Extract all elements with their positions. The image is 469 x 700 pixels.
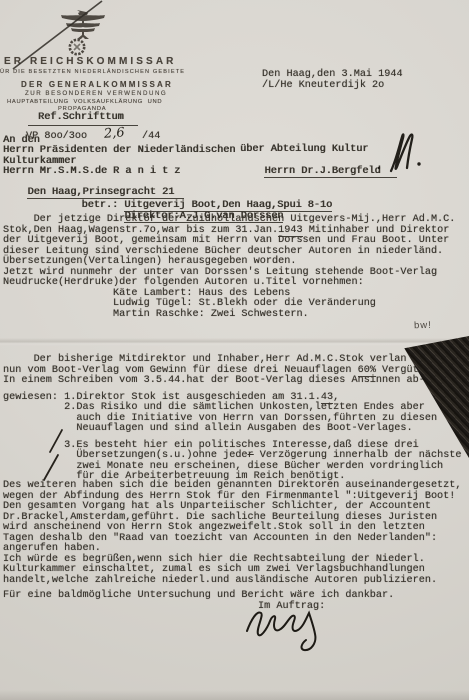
closing-request: Für eine baldmögliche Untersuchung und B… — [3, 591, 394, 602]
date-line: Den Haag,den 3.Mai 1944 — [262, 70, 403, 81]
recipient-block: An den Herrn Präsidenten der Niederländi… — [3, 136, 235, 177]
letterhead-hauptabteilung: HAUPTABTEILUNG VOLKSAUFKLÄRUNG UND — [7, 99, 162, 105]
letterhead-verwendung: ZUR BESONDEREN VERWENDUNG — [25, 90, 167, 97]
paper-crease — [0, 338, 469, 346]
body-text: Übersetzungen(s.u.)ohne jede — [3, 450, 248, 461]
letterhead-generalkommissar: DER GENERALKOMMISSAR — [21, 80, 173, 89]
sender-address-line: /L/He Kneuterdijk 2o — [262, 81, 384, 92]
letterhead-title: ER REICHSKOMMISSAR — [4, 56, 176, 67]
signature — [247, 612, 315, 650]
paragraph-2: Der bisherige Mitdirektor und Inhaber,He… — [3, 355, 462, 483]
routing-person: Herrn Dr.J.Bergfeld — [240, 156, 397, 188]
paragraph-1: Der jetzige Direktor der Zuidhollandsche… — [3, 215, 455, 320]
body-text: , — [333, 392, 339, 403]
routing-via: über Abteilung Kultur — [240, 145, 368, 156]
body-text: gewiesen: 1.Direktor Stok ist ausgeschie… — [3, 392, 321, 403]
ref-label: Ref.Schrifttum — [28, 113, 138, 126]
routing-person-text: Herrn Dr.J.Bergfeld — [264, 166, 396, 178]
list-item-2-cont: Neuauflagen und sind allein Ausgaben des… — [3, 424, 462, 435]
scanned-letter-page: ER REICHSKOMMISSAR ÜR DIE BESETZTEN NIED… — [0, 0, 469, 700]
eagle-emblem — [48, 8, 106, 56]
pencil-annotation-bw: bw! — [414, 320, 432, 332]
paragraph-3: Des weiteren haben sich die beiden genan… — [3, 481, 462, 586]
closing-signoff: Im Auftrag: — [258, 602, 325, 613]
body-line: In einem Schreiben vom 3.5.44.hat der Bo… — [3, 376, 462, 387]
book-title-line: Martin Raschke: Zwei Schwestern. — [3, 310, 455, 321]
body-text: nun vom Boot-Verlag vom Gewinn für diese… — [3, 365, 358, 376]
body-text: Mitinhaber und Direktor — [303, 225, 450, 236]
body-text: Vergüt — [376, 365, 419, 376]
letterhead-subtitle: ÜR DIE BESETZTEN NIEDERLÄNDISCHEN GEBIET… — [0, 69, 185, 75]
body-text: Verzögerung innerhalb der nächste — [254, 450, 462, 461]
body-text: Stok,Den Haag,Wagenstr.7o,war bis zum 31… — [3, 225, 278, 236]
